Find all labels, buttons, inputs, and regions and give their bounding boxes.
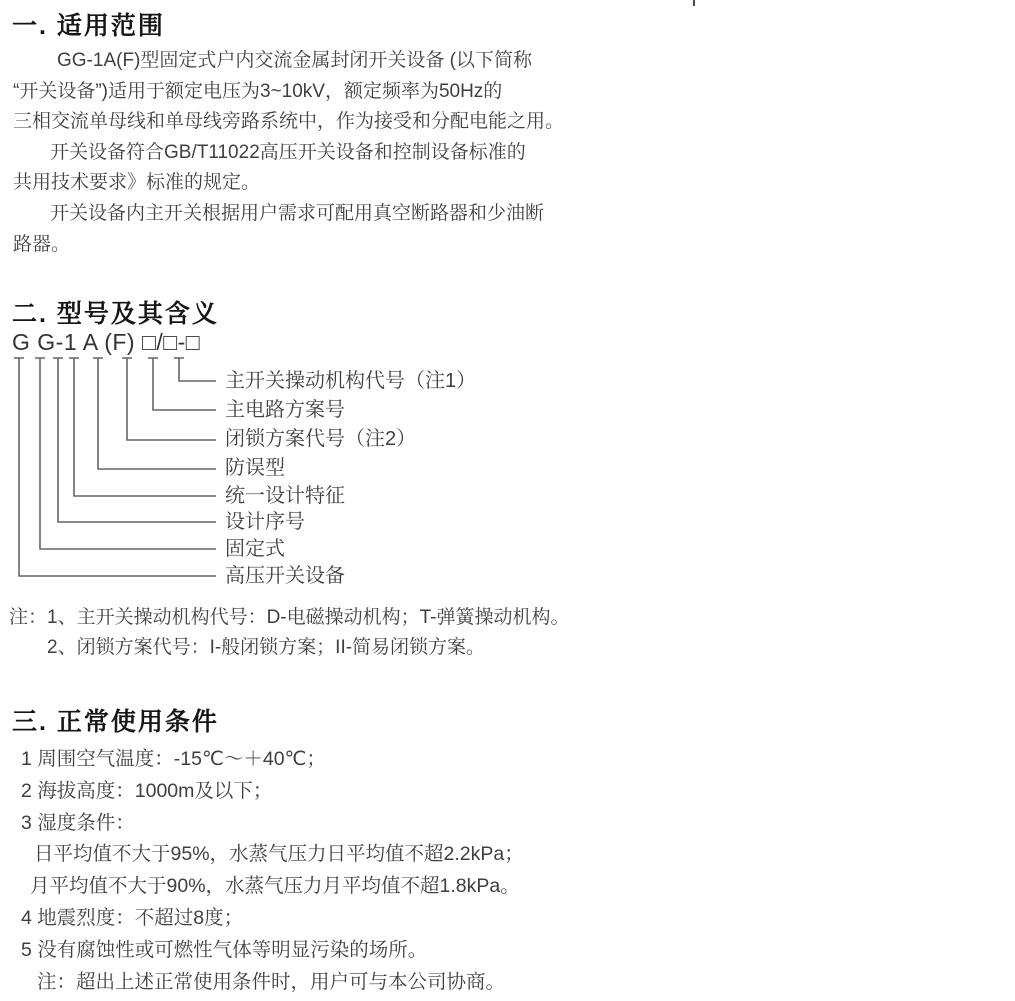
model-notes: 注：1、主开关操动机构代号：D-电磁操动机构；T-弹簧操动机构。 2、闭锁方案代… xyxy=(9,603,570,662)
paragraph-line: GG-1A(F)型固定式户内交流金属封闭开关设备 (以下简称 xyxy=(57,46,564,77)
model-label-locking-scheme: 闭锁方案代号（注2） xyxy=(225,428,416,450)
model-label-hv-switchgear: 高压开关设备 xyxy=(225,565,345,587)
condition-subitem: 日平均值不大于95%，水蒸气压力日平均值不超2.2kPa； xyxy=(34,839,524,871)
model-label-error-proof: 防误型 xyxy=(225,457,285,479)
paragraph-line: 开关设备符合GB/T11022高压开关设备和控制设备标准的 xyxy=(50,138,564,169)
paragraph-line: 开关设备内主开关根据用户需求可配用真空断路器和少油断 xyxy=(50,199,564,230)
note-line: 注：1、主开关操动机构代号：D-电磁操动机构；T-弹簧操动机构。 xyxy=(9,603,570,633)
condition-item: 1 周围空气温度：-15℃～＋40℃； xyxy=(21,744,524,776)
section-3-conditions: 1 周围空气温度：-15℃～＋40℃； 2 海拔高度：1000m及以下； 3 湿… xyxy=(21,744,524,998)
condition-item: 4 地震烈度：不超过8度； xyxy=(21,903,524,935)
model-label-operating-mechanism: 主开关操动机构代号（注1） xyxy=(225,370,476,392)
section-1-paragraphs: GG-1A(F)型固定式户内交流金属封闭开关设备 (以下简称 “开关设备”)适用… xyxy=(13,46,564,260)
document-page: 一. 适用范围 GG-1A(F)型固定式户内交流金属封闭开关设备 (以下简称 “… xyxy=(0,0,1015,1001)
section-2-heading: 二. 型号及其含义 xyxy=(12,294,219,330)
paragraph-line: 路器。 xyxy=(13,230,564,261)
model-label-main-circuit-scheme: 主电路方案号 xyxy=(225,399,345,421)
condition-item: 2 海拔高度：1000m及以下； xyxy=(21,776,524,808)
condition-item: 5 没有腐蚀性或可燃性气体等明显污染的场所。 xyxy=(21,935,524,967)
model-code: G G-1 A (F) □/□-□ xyxy=(12,329,200,356)
section-3-heading: 三. 正常使用条件 xyxy=(12,702,219,738)
model-label-design-serial: 设计序号 xyxy=(225,511,305,533)
condition-subitem: 月平均值不大于90%，水蒸气压力月平均值不超1.8kPa。 xyxy=(30,871,524,903)
condition-note: 注：超出上述正常使用条件时，用户可与本公司协商。 xyxy=(37,967,524,999)
model-label-unified-design: 统一设计特征 xyxy=(225,485,345,507)
paragraph-line: “开关设备”)适用于额定电压为3~10kV，额定频率为50Hz的 xyxy=(13,77,564,108)
model-label-fixed-type: 固定式 xyxy=(225,538,285,560)
condition-item: 3 湿度条件： xyxy=(21,808,524,840)
note-line: 2、闭锁方案代号：I-般闭锁方案；II-简易闭锁方案。 xyxy=(47,633,570,663)
scan-crease-mark xyxy=(693,0,695,6)
paragraph-line: 共用技术要求》标准的规定。 xyxy=(13,168,564,199)
paragraph-line: 三相交流单母线和单母线旁路系统中，作为接受和分配电能之用。 xyxy=(13,107,564,138)
section-1-heading: 一. 适用范围 xyxy=(12,6,165,42)
